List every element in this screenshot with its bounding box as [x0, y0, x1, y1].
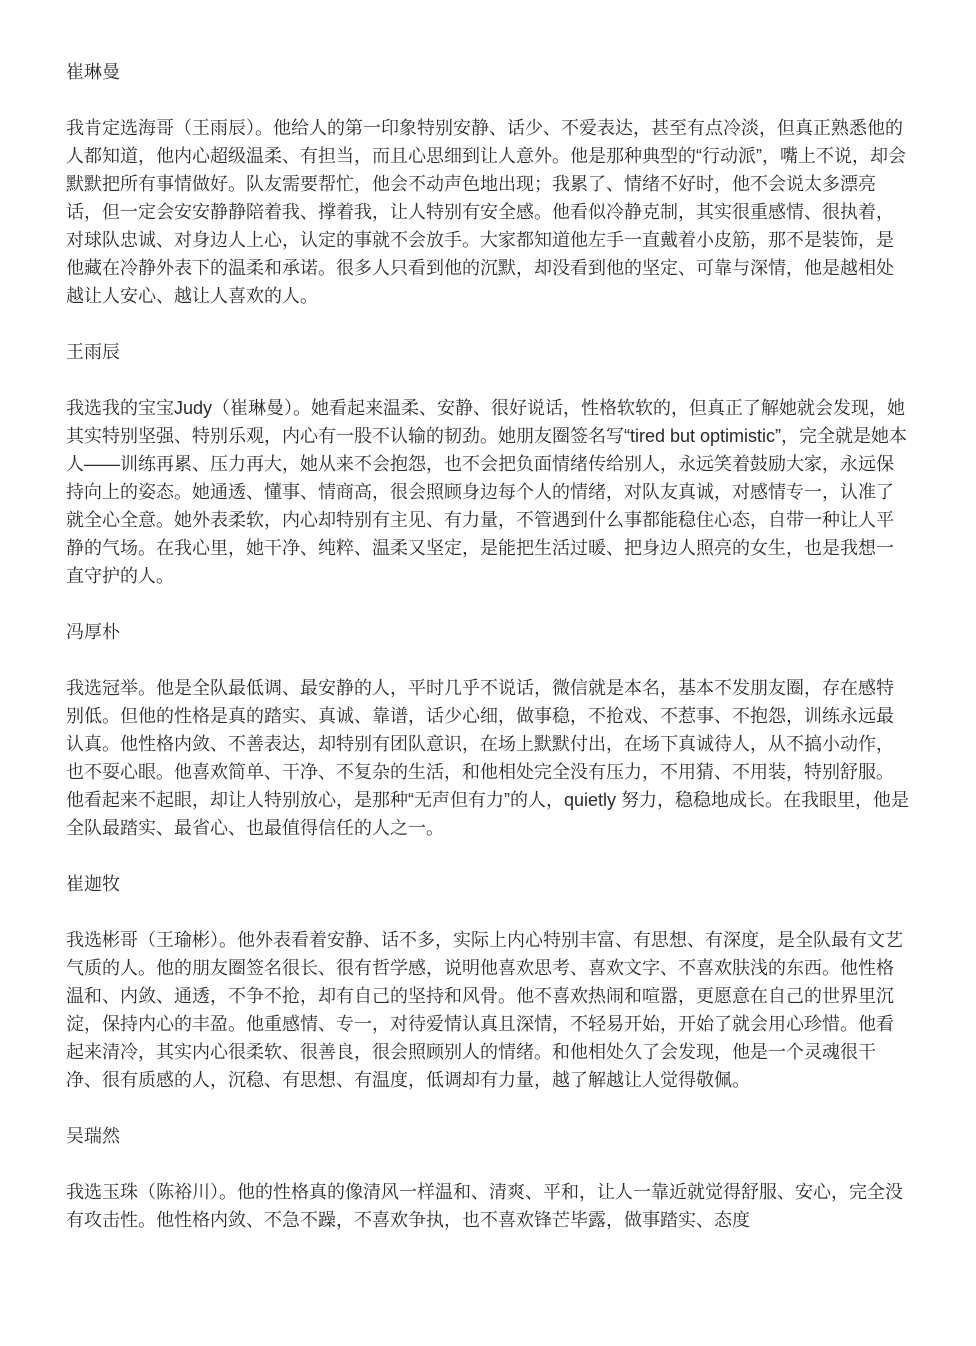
section-heading: 崔迦牧	[66, 870, 910, 898]
document-body: 崔琳曼 我肯定选海哥（王雨辰）。他给人的第一印象特别安静、话少、不爱表达，甚至有…	[66, 58, 910, 1234]
section-paragraph: 我肯定选海哥（王雨辰）。他给人的第一印象特别安静、话少、不爱表达，甚至有点冷淡，…	[66, 114, 910, 310]
section-paragraph: 我选冠举。他是全队最低调、最安静的人，平时几乎不说话，微信就是本名，基本不发朋友…	[66, 674, 910, 842]
section-cui-linman: 崔琳曼 我肯定选海哥（王雨辰）。他给人的第一印象特别安静、话少、不爱表达，甚至有…	[66, 58, 910, 310]
section-wu-ruiran: 吴瑞然 我选玉珠（陈裕川）。他的性格真的像清风一样温和、清爽、平和，让人一靠近就…	[66, 1122, 910, 1234]
section-wang-yuchen: 王雨辰 我选我的宝宝Judy（崔琳曼）。她看起来温柔、安静、很好说话，性格软软的…	[66, 338, 910, 590]
section-paragraph: 我选我的宝宝Judy（崔琳曼）。她看起来温柔、安静、很好说话，性格软软的，但真正…	[66, 394, 910, 590]
section-heading: 王雨辰	[66, 338, 910, 366]
section-heading: 崔琳曼	[66, 58, 910, 86]
section-feng-houpu: 冯厚朴 我选冠举。他是全队最低调、最安静的人，平时几乎不说话，微信就是本名，基本…	[66, 618, 910, 842]
section-cui-jiamu: 崔迦牧 我选彬哥（王瑜彬）。他外表看着安静、话不多，实际上内心特别丰富、有思想、…	[66, 870, 910, 1094]
section-paragraph: 我选彬哥（王瑜彬）。他外表看着安静、话不多，实际上内心特别丰富、有思想、有深度，…	[66, 926, 910, 1094]
section-paragraph: 我选玉珠（陈裕川）。他的性格真的像清风一样温和、清爽、平和，让人一靠近就觉得舒服…	[66, 1178, 910, 1234]
section-heading: 吴瑞然	[66, 1122, 910, 1150]
section-heading: 冯厚朴	[66, 618, 910, 646]
